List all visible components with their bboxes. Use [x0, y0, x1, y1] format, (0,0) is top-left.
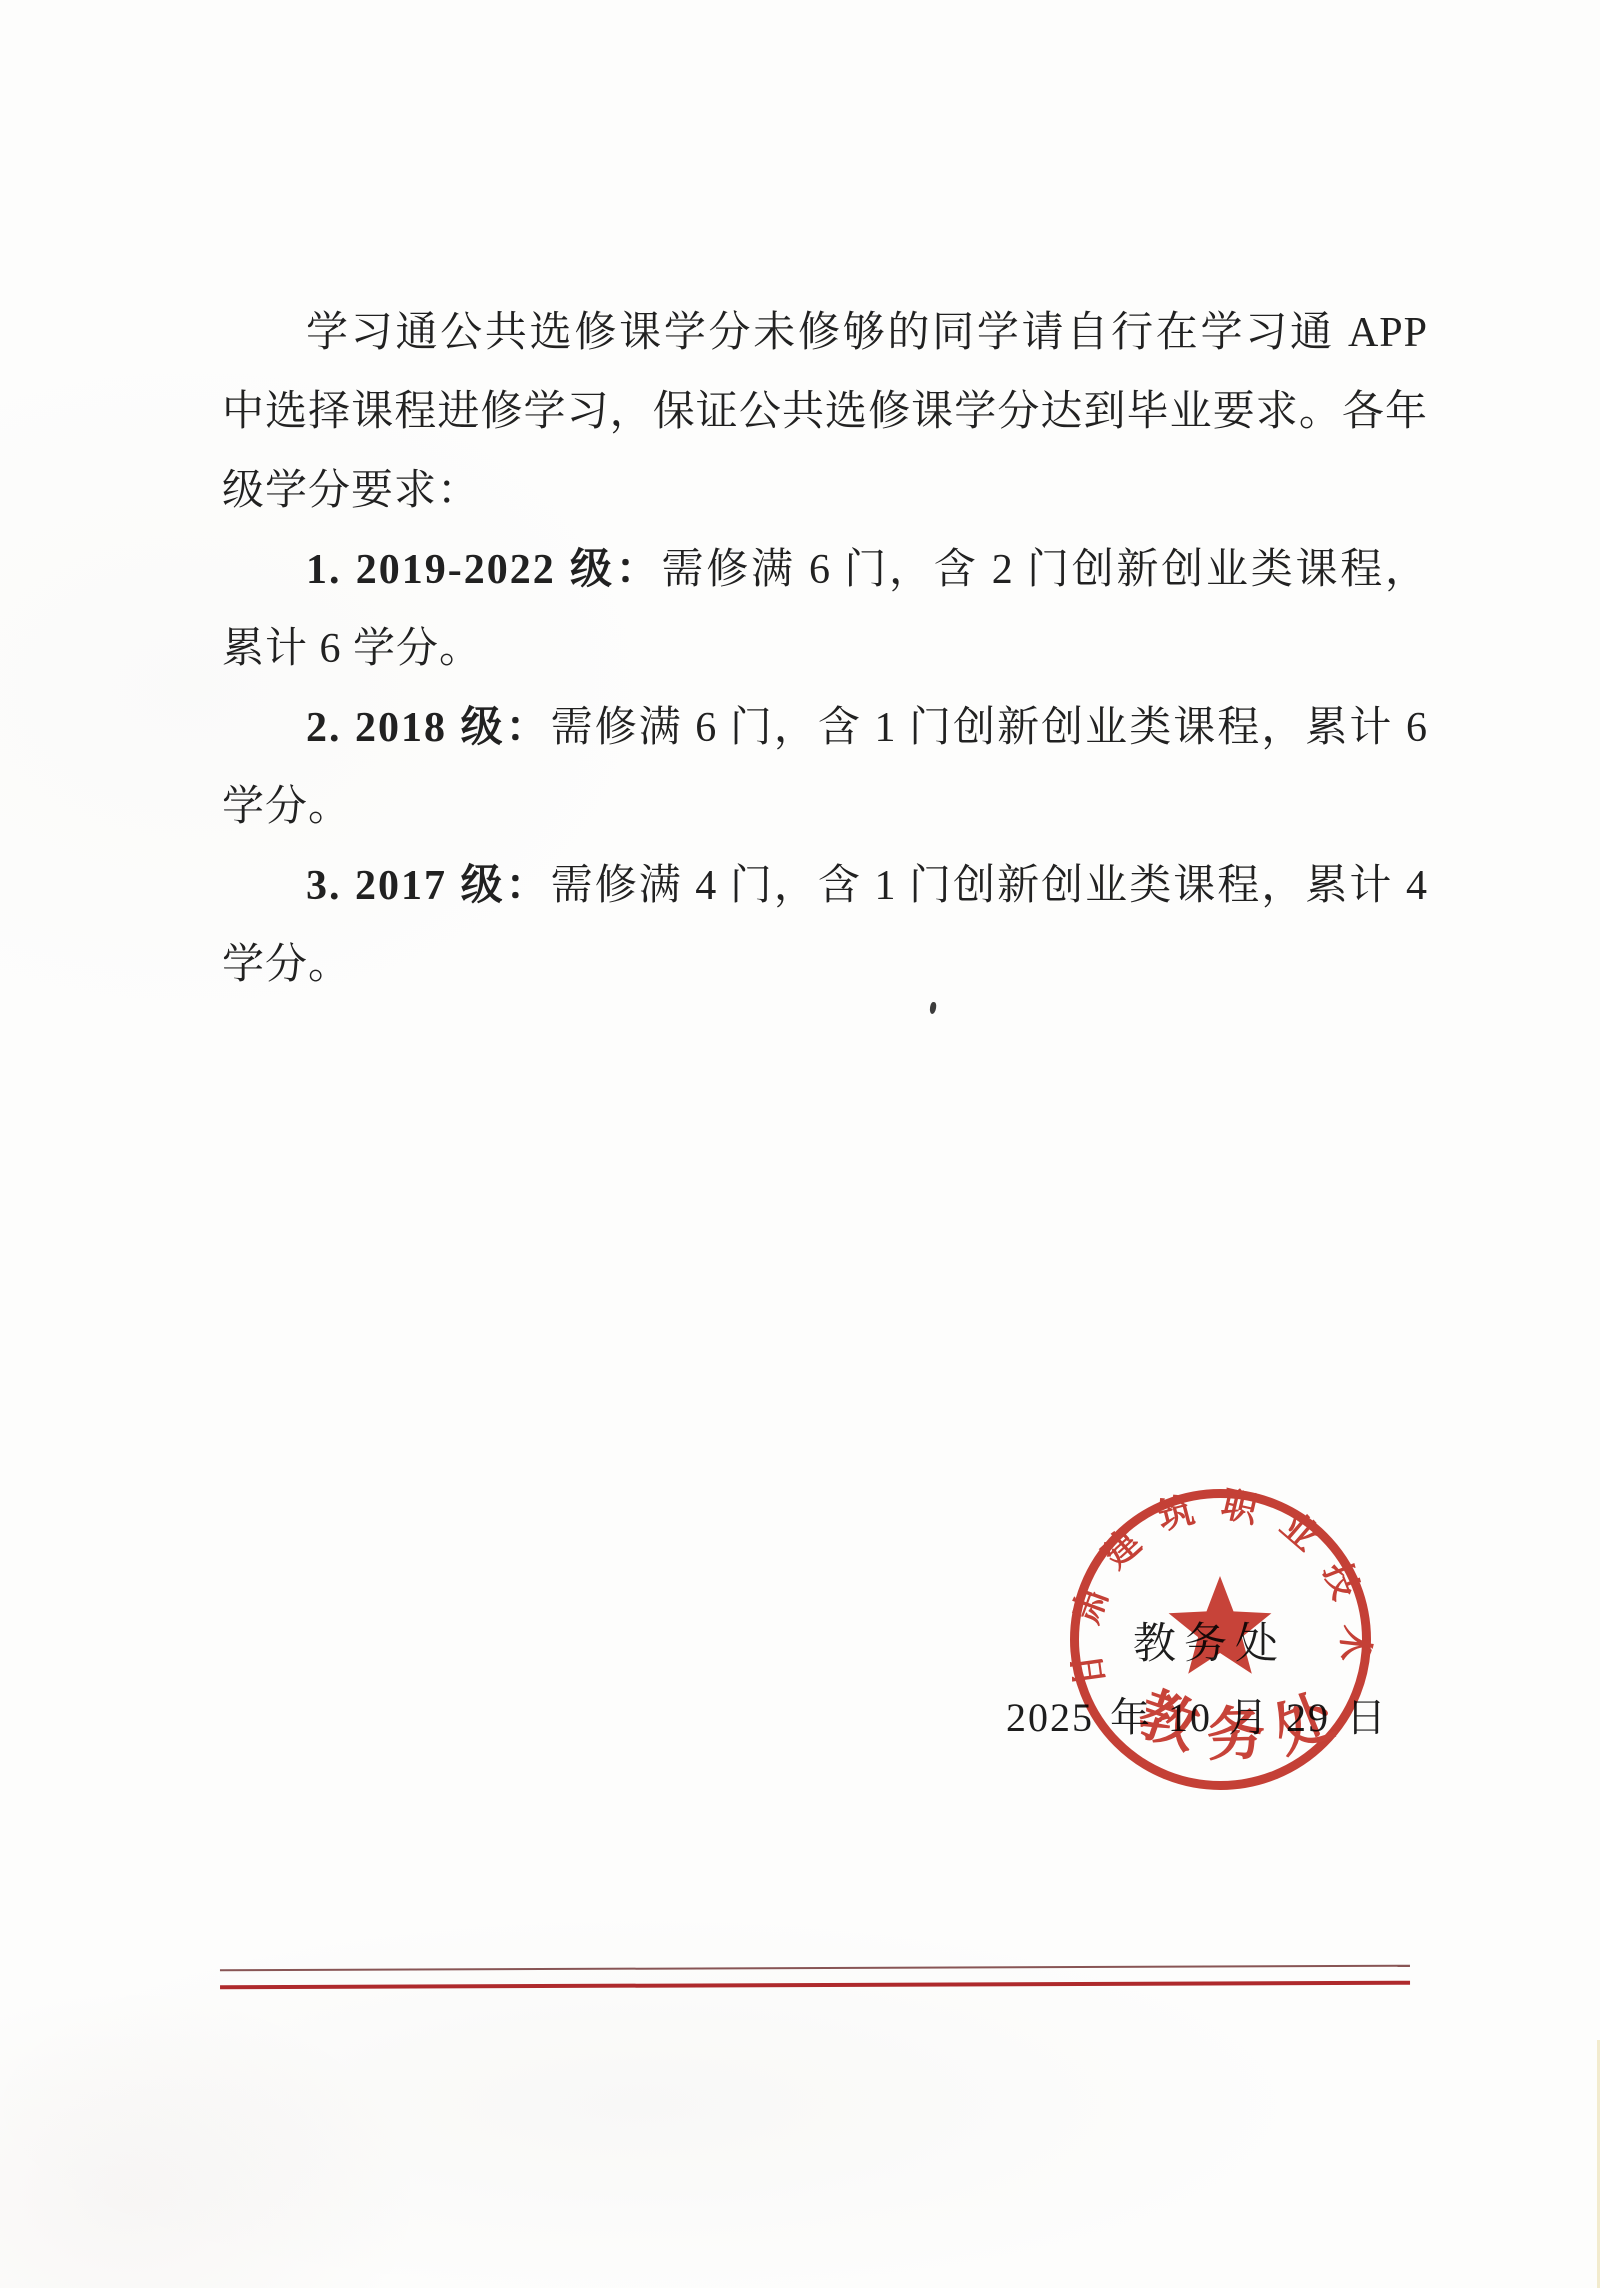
- item-1-label: 1. 2019-2022 级：: [306, 547, 661, 593]
- seal-star-icon: [1169, 1576, 1272, 1674]
- intro-line-2: 中选择课程进修学习，保证公共选修课学分达到毕业要求。各年: [222, 373, 1428, 452]
- seal-department-text: 教务处: [1130, 1676, 1359, 1767]
- item-1-text: 需修满 6 门，含 2 门创新创业类课程，: [661, 547, 1428, 593]
- item-3-line-2: 学分。: [222, 926, 1428, 1005]
- footer-double-rule: [220, 1965, 1410, 1990]
- footer-rule-thin: [220, 1965, 1410, 1972]
- footer-rule-red: [220, 1981, 1410, 1990]
- item-2-line-2: 学分。: [222, 768, 1428, 847]
- item-1-line-2: 累计 6 学分。: [222, 610, 1428, 689]
- intro-line-1: 学习通公共选修课学分未修够的同学请自行在学习通 APP: [222, 294, 1428, 373]
- item-3-line-1: 3. 2017 级：需修满 4 门，含 1 门创新创业类课程，累计 4: [222, 847, 1428, 926]
- seal-bottom-text-holder: 教务处: [1130, 1676, 1359, 1767]
- item-2-text: 需修满 6 门，含 1 门创新创业类课程，累计 6: [551, 705, 1428, 751]
- ink-speck: [929, 1002, 937, 1015]
- item-2-line-1: 2. 2018 级：需修满 6 门，含 1 门创新创业类课程，累计 6: [222, 689, 1428, 768]
- item-1-line-1: 1. 2019-2022 级：需修满 6 门，含 2 门创新创业类课程，: [222, 531, 1428, 610]
- item-2-label: 2. 2018 级：: [306, 705, 551, 751]
- notice-body: 学习通公共选修课学分未修够的同学请自行在学习通 APP 中选择课程进修学习，保证…: [222, 294, 1428, 1005]
- item-3-label: 3. 2017 级：: [306, 863, 551, 909]
- official-seal: 甘肃建筑职业技术学院 教务处: [1063, 1482, 1378, 1797]
- intro-line-3: 级学分要求：: [222, 452, 1428, 531]
- scanned-document-page: { "document": { "intro_lines": { "l1": "…: [0, 0, 1600, 2288]
- item-3-text: 需修满 4 门，含 1 门创新创业类课程，累计 4: [551, 863, 1428, 909]
